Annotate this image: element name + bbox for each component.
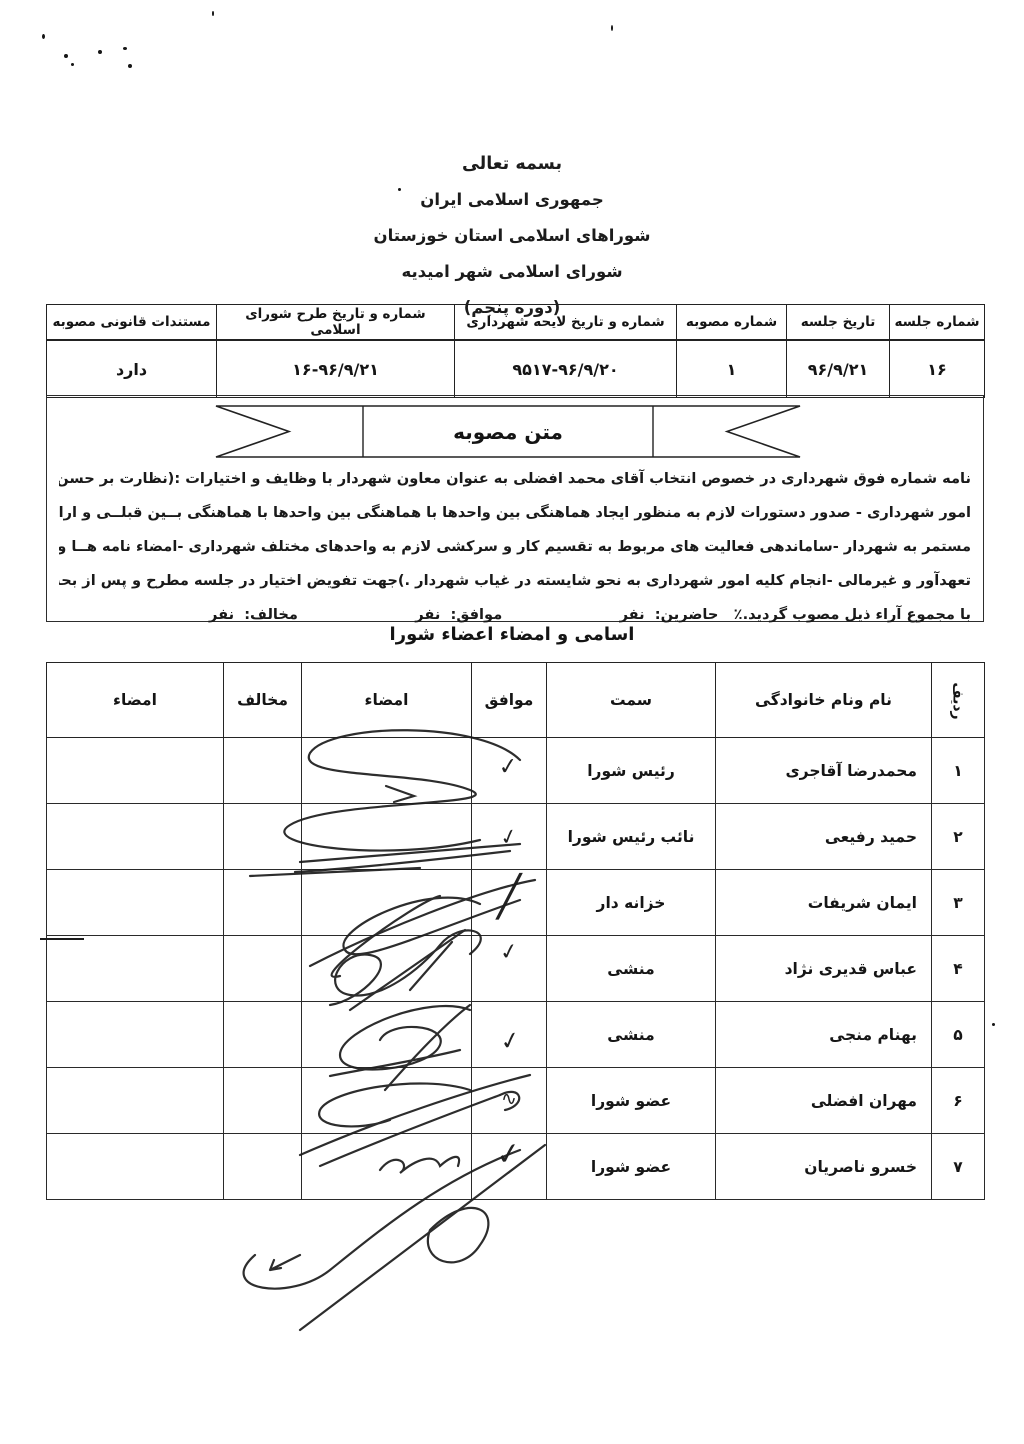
signature-cell xyxy=(47,1134,224,1200)
member-no-cell: ۶ xyxy=(932,1068,985,1134)
scan-speck xyxy=(611,25,613,31)
signature-cell xyxy=(302,1068,472,1134)
agree-checkmark: ✓ xyxy=(497,1025,522,1057)
member-no-cell: ۷ xyxy=(932,1134,985,1200)
scan-speck xyxy=(64,54,68,58)
city-council-line: شورای اسلامی شهر امیدیه xyxy=(0,254,1024,290)
scan-speck xyxy=(42,34,45,39)
members-table: ردیف نام ونام خانوادگی سمت موافق امضاء م… xyxy=(46,662,985,1200)
resolution-banner: متن مصوبه xyxy=(215,405,801,458)
signature-cell xyxy=(302,936,472,1002)
stray-ink-mark xyxy=(40,938,84,940)
member-position-cell: منشی xyxy=(547,936,716,1002)
member-position-cell: عضو شورا xyxy=(547,1134,716,1200)
member-row: ۱ محمدرضا آقاجری رئیس شورا ✓ xyxy=(47,738,985,804)
resolution-line: نامه شماره فوق شهرداری در خصوص انتخاب آق… xyxy=(59,462,971,496)
agree-checkmark: ✓ xyxy=(494,1135,524,1173)
oppose-cell xyxy=(224,1134,302,1200)
oppose-cell xyxy=(224,870,302,936)
signature-cell xyxy=(47,804,224,870)
member-row: ۲ حمید رفیعی نائب رئیس شورا ✓ xyxy=(47,804,985,870)
signature-cell xyxy=(47,936,224,1002)
member-position-cell: منشی xyxy=(547,1002,716,1068)
agree-mark-cell: ✓ xyxy=(472,738,547,804)
member-name-cell: حمید رفیعی xyxy=(716,804,932,870)
member-position-cell: خزانه دار xyxy=(547,870,716,936)
resolution-box: متن مصوبه نامه شماره فوق شهرداری در خصوص… xyxy=(46,395,984,622)
info-value-row: ۱۶ ۹۶/۹/۲۱ ۱ ۹۵۱۷-۹۶/۹/۲۰ ۱۶-۹۶/۹/۲۱ دار… xyxy=(47,340,985,398)
member-no-cell: ۱ xyxy=(932,738,985,804)
agree-mark-cell: ✓ xyxy=(472,936,547,1002)
oppose-cell xyxy=(224,1002,302,1068)
member-no-cell: ۲ xyxy=(932,804,985,870)
members-header-row: ردیف نام ونام خانوادگی سمت موافق امضاء م… xyxy=(47,663,985,738)
signature-cell xyxy=(47,1002,224,1068)
session-no-header: شماره جلسه xyxy=(890,305,985,341)
row-no-header: ردیف xyxy=(932,663,985,738)
member-name-cell: محمدرضا آقاجری xyxy=(716,738,932,804)
oppose-header: مخالف xyxy=(224,663,302,738)
member-row: ۶ مهران افضلی عضو شورا ∿ xyxy=(47,1068,985,1134)
scan-speck xyxy=(992,1023,995,1026)
member-row: ۴ عباس قدیری نژاد منشی ✓ xyxy=(47,936,985,1002)
agree-checkmark: ✓ xyxy=(498,823,521,851)
member-no-cell: ۴ xyxy=(932,936,985,1002)
signature-cell xyxy=(47,738,224,804)
row-no-header-label: ردیف xyxy=(950,682,966,719)
member-position-cell: نائب رئیس شورا xyxy=(547,804,716,870)
member-name-cell: خسرو ناصریان xyxy=(716,1134,932,1200)
resolution-line: تعهدآور و غیرمالی -انجام کلیه امور شهردا… xyxy=(59,564,971,598)
position-header: سمت xyxy=(547,663,716,738)
agree-checkmark: ✓ xyxy=(498,753,520,781)
session-no-value: ۱۶ xyxy=(890,340,985,398)
signature-b-header: امضاء xyxy=(47,663,224,738)
country-line: جمهوری اسلامی ایران xyxy=(0,182,1024,218)
resolution-no-header: شماره مصوبه xyxy=(677,305,787,341)
signature-cell xyxy=(302,804,472,870)
oppose-cell xyxy=(224,738,302,804)
scan-speck xyxy=(71,63,74,66)
member-position-cell: عضو شورا xyxy=(547,1068,716,1134)
member-name-cell: بهنام منجی xyxy=(716,1002,932,1068)
signature-cell xyxy=(302,1002,472,1068)
resolution-line: مستمر به شهردار -ساماندهی فعالیت های مرب… xyxy=(59,530,971,564)
session-info-table: شماره جلسه تاریخ جلسه شماره مصوبه شماره … xyxy=(46,304,985,398)
member-no-cell: ۳ xyxy=(932,870,985,936)
plan-no-date-header: شماره و تاریخ طرح شورای اسلامی xyxy=(217,305,455,341)
scanned-document-page: بسمه تعالی جمهوری اسلامی ایران شوراهای ا… xyxy=(0,0,1024,1444)
resolution-text: نامه شماره فوق شهرداری در خصوص انتخاب آق… xyxy=(59,462,971,632)
agree-mark-cell: ✓ xyxy=(472,1002,547,1068)
plan-no-date-value: ۱۶-۹۶/۹/۲۱ xyxy=(217,340,455,398)
signature-cell xyxy=(302,870,472,936)
letterhead: بسمه تعالی جمهوری اسلامی ایران شوراهای ا… xyxy=(0,146,1024,326)
bill-no-date-value: ۹۵۱۷-۹۶/۹/۲۰ xyxy=(455,340,677,398)
member-name-cell: ایمان شریفات xyxy=(716,870,932,936)
legal-docs-header: مستندات قانونی مصوبه xyxy=(47,305,217,341)
signature-cell xyxy=(47,1068,224,1134)
resolution-no-value: ۱ xyxy=(677,340,787,398)
signature-cell xyxy=(302,1134,472,1200)
member-name-cell: مهران افضلی xyxy=(716,1068,932,1134)
member-row: ۷ خسرو ناصریان عضو شورا ✓ xyxy=(47,1134,985,1200)
bill-no-date-header: شماره و تاریخ لایحه شهرداری xyxy=(455,305,677,341)
members-section-title: اسامی و امضاء اعضاء شورا xyxy=(0,624,1024,645)
agree-checkmark: ✓ xyxy=(498,939,520,967)
member-row: ۳ ایمان شریفات خزانه دار ╱ xyxy=(47,870,985,936)
oppose-cell xyxy=(224,1068,302,1134)
bismillah-line: بسمه تعالی xyxy=(0,146,1024,182)
scan-speck xyxy=(212,11,214,16)
member-no-cell: ۵ xyxy=(932,1002,985,1068)
scan-speck xyxy=(128,64,132,68)
session-date-value: ۹۶/۹/۲۱ xyxy=(787,340,890,398)
oppose-cell xyxy=(224,936,302,1002)
signature-cell xyxy=(302,738,472,804)
member-position-cell: رئیس شورا xyxy=(547,738,716,804)
province-councils-line: شوراهای اسلامی استان خوزستان xyxy=(0,218,1024,254)
info-header-row: شماره جلسه تاریخ جلسه شماره مصوبه شماره … xyxy=(47,305,985,341)
signature-a-header: امضاء xyxy=(302,663,472,738)
oppose-cell xyxy=(224,804,302,870)
agree-mark-cell: ✓ xyxy=(472,1134,547,1200)
scan-speck xyxy=(123,47,127,50)
session-date-header: تاریخ جلسه xyxy=(787,305,890,341)
agree-mark-cell: ∿ xyxy=(472,1068,547,1134)
agree-header: موافق xyxy=(472,663,547,738)
legal-docs-value: دارد xyxy=(47,340,217,398)
member-row: ۵ بهنام منجی منشی ✓ xyxy=(47,1002,985,1068)
name-header: نام ونام خانوادگی xyxy=(716,663,932,738)
agree-checkmark: ∿ xyxy=(501,1088,517,1110)
agree-mark-cell: ╱ xyxy=(472,870,547,936)
member-name-cell: عباس قدیری نژاد xyxy=(716,936,932,1002)
resolution-line: امور شهرداری - صدور دستورات لازم به منظو… xyxy=(59,496,971,530)
agree-mark-cell: ✓ xyxy=(472,804,547,870)
banner-title: متن مصوبه xyxy=(363,405,653,458)
scan-speck xyxy=(98,50,102,54)
signature-cell xyxy=(47,870,224,936)
